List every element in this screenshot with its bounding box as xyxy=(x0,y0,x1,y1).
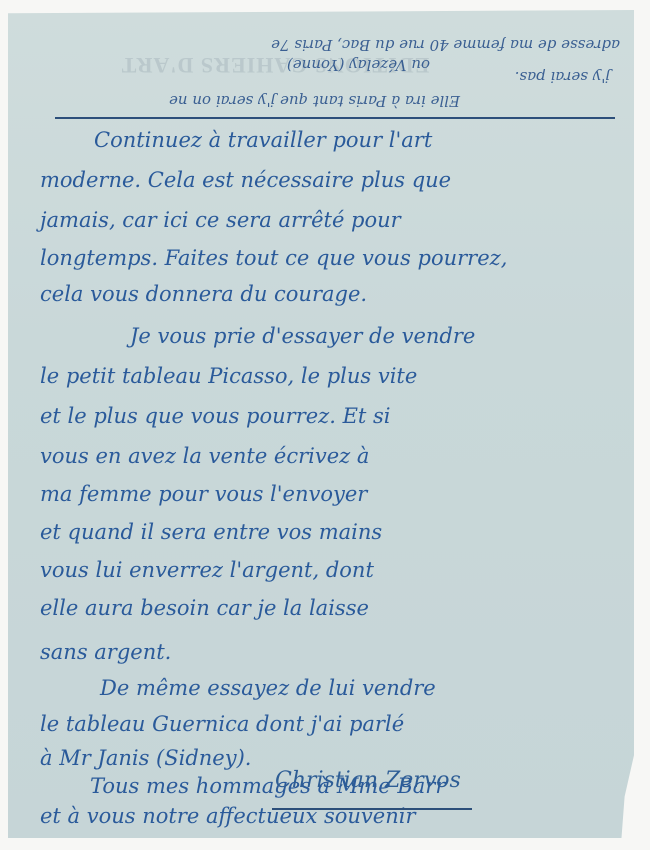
body-line: elle aura besoin car je la laisse xyxy=(40,596,369,620)
body-line: vous en avez la vente écrivez à xyxy=(40,444,369,468)
signature: Christian Zervos xyxy=(275,768,461,793)
body-line: De même essayez de lui vendre xyxy=(100,676,436,700)
body-line: à Mr Janis (Sidney). xyxy=(40,746,251,770)
body-line: longtemps. Faites tout ce que vous pourr… xyxy=(40,246,507,270)
body-line: le petit tableau Picasso, le plus vite xyxy=(40,364,417,388)
separator-rule xyxy=(55,117,615,119)
upside-down-note: Elle ira à Paris tant que j'y serai on n… xyxy=(20,14,630,114)
body-line: et quand il sera entre vos mains xyxy=(40,520,382,544)
body-line: vous lui enverrez l'argent, dont xyxy=(40,558,374,582)
body-line: moderne. Cela est nécessaire plus que xyxy=(40,168,451,192)
note-line: ou Vézelay (Yonne) xyxy=(287,56,430,74)
body-line: cela vous donnera du courage. xyxy=(40,282,367,306)
signature-underline xyxy=(272,808,472,810)
body-line: et le plus que vous pourrez. Et si xyxy=(40,404,391,428)
body-line: Je vous prie d'essayer de vendre xyxy=(130,324,475,348)
body-line: le tableau Guernica dont j'ai parlé xyxy=(40,712,404,736)
note-line: Elle ira à Paris tant que j'y serai on n… xyxy=(169,92,460,110)
body-line: jamais, car ici ce sera arrêté pour xyxy=(40,208,401,232)
body-line: ma femme pour vous l'envoyer xyxy=(40,482,367,506)
note-line: j'y serai pas. xyxy=(515,68,610,86)
note-line: adresse de ma femme 40 rue du Bac, Paris… xyxy=(271,36,620,54)
body-line: sans argent. xyxy=(40,640,171,664)
body-line: Continuez à travailler pour l'art xyxy=(94,128,432,152)
